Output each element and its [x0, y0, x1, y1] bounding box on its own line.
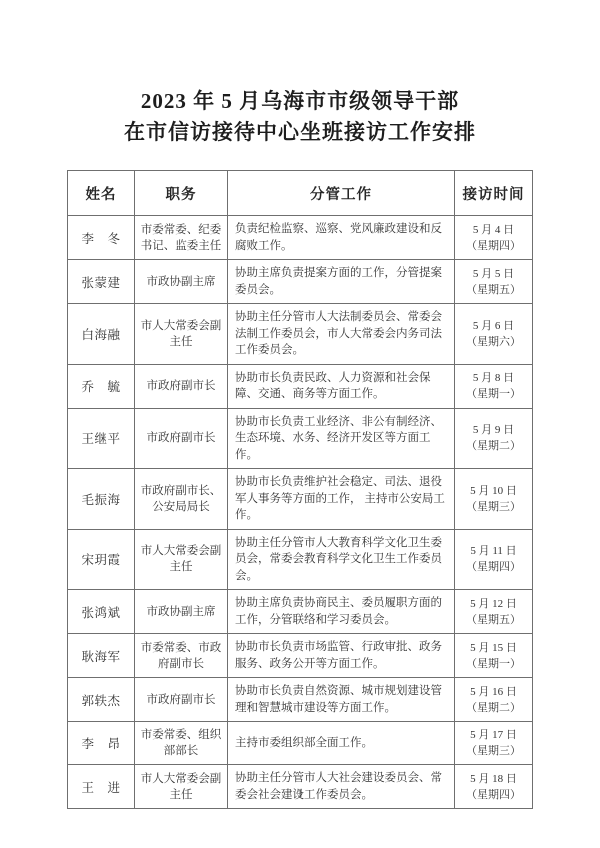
header-time: 接访时间 [455, 171, 533, 216]
position-cell: 市委常委、组织部部长 [135, 722, 228, 765]
table-row: 王 进 市人大常委会副主任 协助主任分管市人大社会建设委员会、常委会社会建设工作… [68, 765, 533, 809]
position-cell: 市委常委、市政府副市长 [135, 634, 228, 678]
table-row: 郭轶杰 市政府副市长 协助市长负责自然资源、城市规划建设管理和智慧城市建设等方面… [68, 678, 533, 722]
position-cell: 市人大常委会副主任 [135, 529, 228, 590]
position-cell: 市政协副主席 [135, 590, 228, 634]
table-header-row: 姓名 职务 分管工作 接访时间 [68, 171, 533, 216]
name-cell: 张蒙建 [68, 260, 135, 304]
name-cell: 李 冬 [68, 216, 135, 260]
duties-cell: 协助主席负责提案方面的工作，分管提案委员会。 [228, 260, 455, 304]
duties-cell: 协助市长负责工业经济、非公有制经济、生态环境、水务、经济开发区等方面工作。 [228, 408, 455, 469]
time-cell: 5 月 6 日 （星期六） [455, 304, 533, 365]
duties-cell: 协助主任分管市人大教育科学文化卫生委员会，常委会教育科学文化卫生工作委员会。 [228, 529, 455, 590]
position-cell: 市人大常委会副主任 [135, 765, 228, 809]
name-cell: 乔 毓 [68, 364, 135, 408]
header-position: 职务 [135, 171, 228, 216]
visit-date: 5 月 12 日 [456, 596, 531, 612]
header-duties: 分管工作 [228, 171, 455, 216]
visit-weekday: （星期六） [456, 334, 531, 350]
duties-cell: 负责纪检监察、巡察、党风廉政建设和反腐败工作。 [228, 216, 455, 260]
visit-weekday: （星期四） [456, 559, 531, 575]
visit-date: 5 月 8 日 [456, 370, 531, 386]
name-cell: 宋玥霞 [68, 529, 135, 590]
position-cell: 市政协副主席 [135, 260, 228, 304]
visit-weekday: （星期四） [456, 238, 531, 254]
visit-date: 5 月 6 日 [456, 318, 531, 334]
table-row: 毛振海 市政府副市长、公安局局长 协助市长负责维护社会稳定、司法、退役军人事务等… [68, 469, 533, 530]
position-cell: 市政府副市长 [135, 408, 228, 469]
position-cell: 市政府副市长、公安局局长 [135, 469, 228, 530]
duties-cell: 协助主任分管市人大法制委员会、常委会法制工作委员会，市人大常委会内务司法工作委员… [228, 304, 455, 365]
title-line-1: 2023 年 5 月乌海市市级领导干部 [0, 86, 600, 117]
time-cell: 5 月 15 日 （星期一） [455, 634, 533, 678]
visit-date: 5 月 16 日 [456, 684, 531, 700]
duties-cell: 协助市长负责市场监管、行政审批、政务服务、政务公开等方面工作。 [228, 634, 455, 678]
time-cell: 5 月 18 日 （星期四） [455, 765, 533, 809]
time-cell: 5 月 16 日 （星期二） [455, 678, 533, 722]
table-row: 王继平 市政府副市长 协助市长负责工业经济、非公有制经济、生态环境、水务、经济开… [68, 408, 533, 469]
duties-cell: 协助市长负责民政、人力资源和社会保障、交通、商务等方面工作。 [228, 364, 455, 408]
visit-date: 5 月 4 日 [456, 222, 531, 238]
visit-weekday: （星期二） [456, 438, 531, 454]
position-cell: 市人大常委会副主任 [135, 304, 228, 365]
visit-date: 5 月 5 日 [456, 266, 531, 282]
visit-weekday: （星期五） [456, 282, 531, 298]
visit-date: 5 月 18 日 [456, 771, 531, 787]
visit-weekday: （星期一） [456, 386, 531, 402]
duties-cell: 协助主任分管市人大社会建设委员会、常委会社会建设工作委员会。 [228, 765, 455, 809]
position-cell: 市委常委、纪委书记、监委主任 [135, 216, 228, 260]
duties-cell: 协助市长负责自然资源、城市规划建设管理和智慧城市建设等方面工作。 [228, 678, 455, 722]
visit-date: 5 月 9 日 [456, 422, 531, 438]
header-name: 姓名 [68, 171, 135, 216]
visit-date: 5 月 11 日 [456, 543, 531, 559]
name-cell: 郭轶杰 [68, 678, 135, 722]
visit-weekday: （星期三） [456, 743, 531, 759]
table-row: 李 昂 市委常委、组织部部长 主持市委组织部全面工作。 5 月 17 日 （星期… [68, 722, 533, 765]
visit-weekday: （星期三） [456, 499, 531, 515]
document-title: 2023 年 5 月乌海市市级领导干部 在市信访接待中心坐班接访工作安排 [0, 0, 600, 148]
name-cell: 白海融 [68, 304, 135, 365]
time-cell: 5 月 8 日 （星期一） [455, 364, 533, 408]
name-cell: 李 昂 [68, 722, 135, 765]
schedule-table: 姓名 职务 分管工作 接访时间 李 冬 市委常委、纪委书记、监委主任 负责纪检监… [67, 170, 533, 809]
table-row: 耿海军 市委常委、市政府副市长 协助市长负责市场监管、行政审批、政务服务、政务公… [68, 634, 533, 678]
duties-cell: 主持市委组织部全面工作。 [228, 722, 455, 765]
position-cell: 市政府副市长 [135, 364, 228, 408]
visit-date: 5 月 10 日 [456, 483, 531, 499]
name-cell: 王 进 [68, 765, 135, 809]
duties-cell: 协助主席负责协商民主、委员履职方面的工作，分管联络和学习委员会。 [228, 590, 455, 634]
duties-cell: 协助市长负责维护社会稳定、司法、退役军人事务等方面的工作， 主持市公安局工作。 [228, 469, 455, 530]
table-row: 白海融 市人大常委会副主任 协助主任分管市人大法制委员会、常委会法制工作委员会，… [68, 304, 533, 365]
visit-date: 5 月 15 日 [456, 640, 531, 656]
time-cell: 5 月 5 日 （星期五） [455, 260, 533, 304]
name-cell: 毛振海 [68, 469, 135, 530]
position-cell: 市政府副市长 [135, 678, 228, 722]
visit-weekday: （星期一） [456, 656, 531, 672]
time-cell: 5 月 10 日 （星期三） [455, 469, 533, 530]
visit-weekday: （星期二） [456, 700, 531, 716]
time-cell: 5 月 4 日 （星期四） [455, 216, 533, 260]
table-row: 张蒙建 市政协副主席 协助主席负责提案方面的工作，分管提案委员会。 5 月 5 … [68, 260, 533, 304]
time-cell: 5 月 9 日 （星期二） [455, 408, 533, 469]
title-line-2: 在市信访接待中心坐班接访工作安排 [0, 117, 600, 148]
table-row: 李 冬 市委常委、纪委书记、监委主任 负责纪检监察、巡察、党风廉政建设和反腐败工… [68, 216, 533, 260]
time-cell: 5 月 17 日 （星期三） [455, 722, 533, 765]
visit-date: 5 月 17 日 [456, 727, 531, 743]
page-number: 1 [0, 788, 600, 800]
time-cell: 5 月 12 日 （星期五） [455, 590, 533, 634]
table-row: 宋玥霞 市人大常委会副主任 协助主任分管市人大教育科学文化卫生委员会，常委会教育… [68, 529, 533, 590]
document-page: 2023 年 5 月乌海市市级领导干部 在市信访接待中心坐班接访工作安排 姓名 … [0, 0, 600, 848]
time-cell: 5 月 11 日 （星期四） [455, 529, 533, 590]
table-row: 张鸿斌 市政协副主席 协助主席负责协商民主、委员履职方面的工作，分管联络和学习委… [68, 590, 533, 634]
name-cell: 张鸿斌 [68, 590, 135, 634]
name-cell: 耿海军 [68, 634, 135, 678]
name-cell: 王继平 [68, 408, 135, 469]
visit-weekday: （星期五） [456, 612, 531, 628]
table-row: 乔 毓 市政府副市长 协助市长负责民政、人力资源和社会保障、交通、商务等方面工作… [68, 364, 533, 408]
